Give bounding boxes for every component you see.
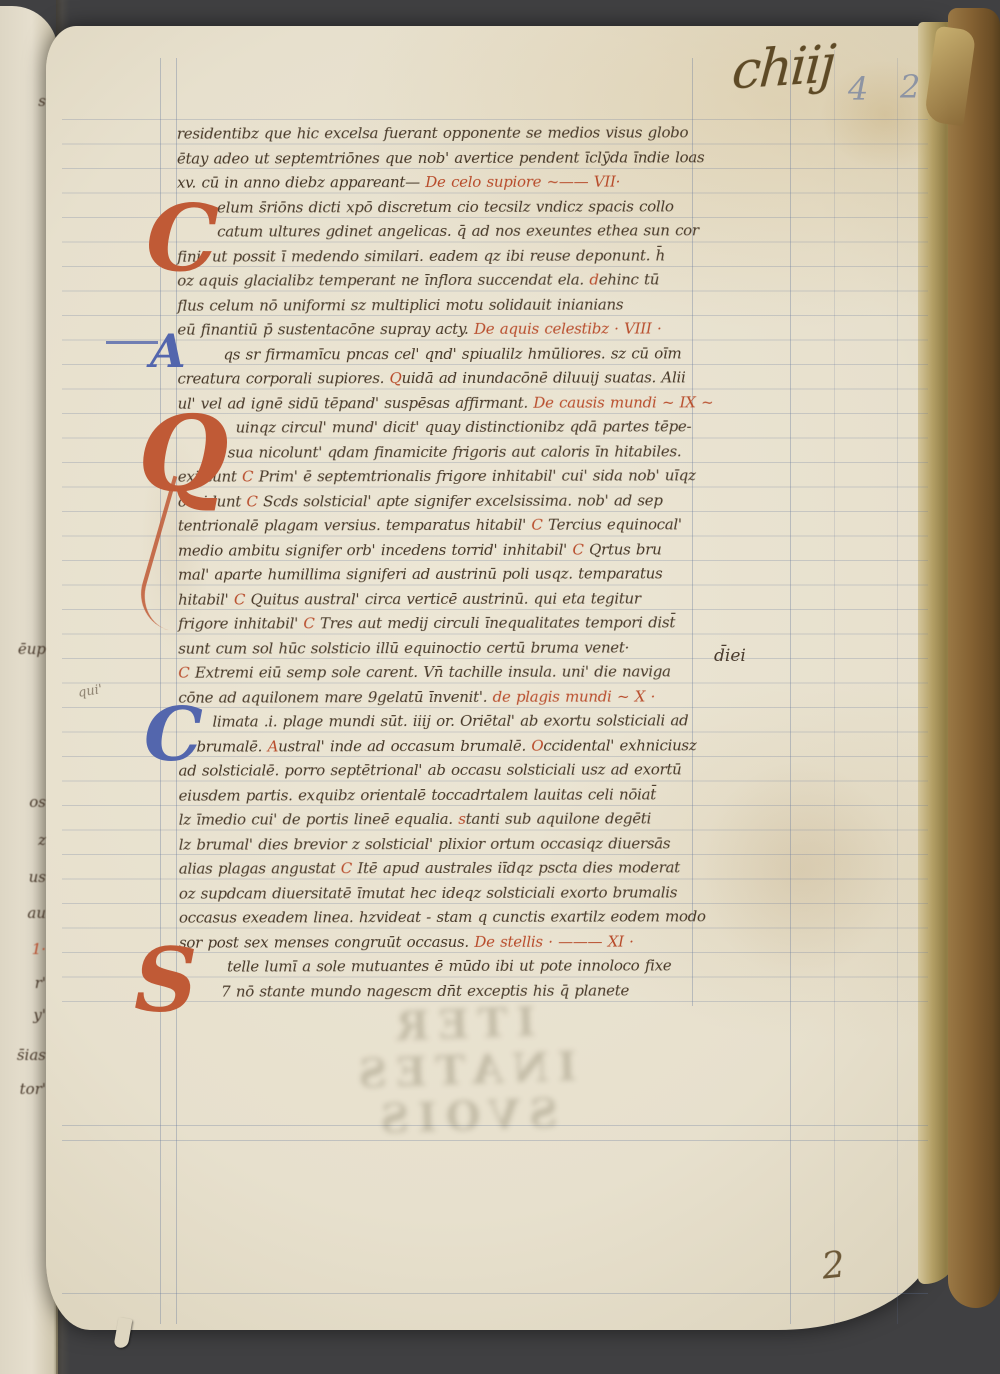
body-text: hitabil' [178, 590, 234, 608]
body-text: oz aquis glacialibz temperant ne īnflora… [177, 271, 589, 290]
body-text: ad solsticialē. porro septētrional' ab o… [179, 760, 682, 779]
text-line: oz aquis glacialibz temperant ne īnflora… [177, 267, 705, 293]
body-text: sor post sex menses congruūt occasus. [179, 932, 474, 951]
body-text: uinqz circul' mund' dicit' quay distinct… [236, 417, 692, 436]
text-line: qs sr firmamīcu pncas cel' qnd' spiualil… [177, 341, 705, 367]
body-text: cōne ad aquilonem mare 9gelatū īnvenit'. [178, 687, 492, 706]
initial-a-flourish [106, 341, 158, 344]
body-text: alias plagas angustat [179, 859, 341, 877]
edge-text-fragment: r' [2, 974, 46, 992]
body-text: tentrionalē plagam versius. temparatus h… [178, 516, 532, 535]
text-line: eū finantiū p̄ sustentacōne supray acty.… [177, 316, 705, 342]
text-line: ētay adeo ut septemtriōnes que nob' aver… [177, 145, 705, 171]
text-line: catum ultures gdinet angelicas. q̄ ad no… [177, 218, 705, 244]
text-line: medio ambitu signifer orb' incedens torr… [178, 537, 706, 563]
rubric-text: C [341, 859, 352, 877]
body-text: Tercius equinocal' [543, 515, 682, 533]
body-text: mal' aparte humillima signiferi ad austr… [178, 564, 662, 583]
text-line: telle lumī a sole mutuantes ē mūdo ibi u… [179, 953, 707, 979]
text-line: lz īmedio cui' de portis lineē equalia. … [179, 806, 707, 832]
text-line: sua nicolunt' qdam finamicite frigoris a… [178, 439, 706, 465]
edge-text-fragment: y' [2, 1006, 46, 1024]
edge-text-fragment: au [2, 904, 46, 922]
text-line: occasus exeadem linea. hzvideat - stam q… [179, 904, 707, 930]
edge-text-fragment: os [2, 793, 46, 811]
leather-cover-edge [948, 8, 1000, 1308]
text-line: xv. cū in anno diebz appareant— De celo … [177, 169, 705, 195]
body-text: ccidental' exhniciusz [543, 736, 696, 754]
text-line: frigore inhitabil' C Tres aut medij circ… [178, 610, 706, 636]
ruling-line [790, 50, 791, 1324]
manuscript-photo: chiij 4 2 residentibz que hic excelsa fu… [0, 0, 1000, 1374]
edge-text-fragment: s̄ias [2, 1046, 46, 1064]
text-line: flus celum nō uniformi sz multiplici mot… [177, 292, 705, 318]
rubric-text: de plagis mundi ~ X · [493, 687, 655, 705]
rubric-text: De stellis · ——— XI · [474, 932, 633, 950]
rubric-text: De causis mundi ~ IX ~ [533, 393, 713, 411]
bottom-ink-foliation: 2 [820, 1245, 847, 1288]
text-line: sor post sex menses congruūt occasus. De… [179, 929, 707, 955]
text-line: brumalē. Austral' inde ad occasum brumal… [178, 733, 706, 759]
body-text: occasus exeadem linea. hzvideat - stam q… [179, 907, 706, 926]
body-text: oz supdcam diuersitatē īmutat hec ideqz … [179, 883, 677, 902]
rubric-text: De aquis celestibz · VIII · [474, 319, 662, 337]
rubric-text: s [458, 810, 465, 828]
text-line: occidunt C Scds solsticial' apte signife… [178, 488, 706, 514]
body-text: 7 nō stante mundo nagescm dn̄t exceptis … [221, 981, 629, 1000]
pencil-foliation-left: 4 [848, 70, 868, 108]
text-block: residentibz que hic excelsa fuerant oppo… [177, 120, 707, 1003]
ruling-line [834, 50, 835, 1324]
body-text: residentibz que hic excelsa fuerant oppo… [177, 123, 688, 142]
rubric-text: C [242, 467, 253, 485]
text-line: oz supdcam diuersitatē īmutat hec ideqz … [179, 880, 707, 906]
rubric-text: O [531, 736, 543, 754]
text-line: uinqz circul' mund' dicit' quay distinct… [178, 414, 706, 440]
edge-text-fragment: ēup [2, 640, 46, 658]
pencil-foliation-right: 2 [900, 68, 920, 106]
body-text: ētay adeo ut septemtriōnes que nob' aver… [177, 148, 704, 167]
text-line: C Extremi eiū semp sole carent. Vn̄ tach… [178, 659, 706, 685]
rubric-text: C [303, 614, 314, 632]
edge-text-fragment: us [2, 868, 46, 886]
header-ink-inscription: chiij [730, 34, 836, 102]
right-margin-note: d̄iei [714, 646, 746, 666]
body-text: flus celum nō uniformi sz multiplici mot… [177, 295, 623, 314]
body-text: Qrtus bru [584, 540, 662, 558]
body-text: brumalē. [196, 737, 267, 755]
text-line: alias plagas angustat C Itē apud austral… [179, 855, 707, 881]
rubric-text: C [531, 516, 542, 534]
body-text: creatura corporali supiores. [177, 369, 389, 388]
body-text: lz īmedio cui' de portis lineē equalia. [179, 810, 459, 829]
ruling-line [62, 1293, 928, 1294]
ruling-line [62, 1125, 928, 1126]
edge-text-fragment: z [2, 831, 46, 849]
body-text: lz brumal' dies brevior z solsticial' pl… [179, 834, 671, 853]
text-line: hitabil' C Quitus austral' circa verticē… [178, 586, 706, 612]
body-text: eū finantiū p̄ sustentacōne supray acty. [177, 320, 474, 339]
rubric-text: C [234, 590, 245, 608]
edge-text-fragment: s [2, 92, 46, 110]
rubric-text: De celo supiore ~—— VII· [425, 173, 620, 192]
text-line: mal' aparte humillima signiferi ad austr… [178, 561, 706, 587]
ruling-line [160, 58, 161, 1324]
body-text: eiusdem partis. exquibz orientalē toccad… [179, 785, 656, 804]
text-line: ad solsticialē. porro septētrional' ab o… [179, 757, 707, 783]
body-text: Quitus austral' circa verticē austrinū. … [245, 589, 641, 608]
body-text: tanti sub aquilone degēti [466, 809, 651, 827]
body-text: qs sr firmamīcu pncas cel' qnd' spiualil… [223, 344, 681, 363]
body-text: sunt cum sol hūc solsticio illū equinoct… [178, 638, 629, 657]
body-text: ehinc tū [599, 270, 660, 288]
text-line: eiusdem partis. exquibz orientalē toccad… [179, 782, 707, 808]
ruling-line [62, 1140, 928, 1141]
text-line: tentrionalē plagam versius. temparatus h… [178, 512, 706, 538]
body-text: xv. cū in anno diebz appareant— [177, 173, 425, 192]
body-text: finit ut possit ī medendo similari. eade… [177, 246, 665, 265]
text-line: sunt cum sol hūc solsticio illū equinoct… [178, 635, 706, 661]
rubric-text: C [572, 540, 583, 558]
body-text: uidā ad inundacōnē diluuij suatas. Alii [402, 368, 686, 387]
body-text: Extremi eiū semp sole carent. Vn̄ tachil… [189, 662, 670, 681]
edge-text-fragment: 1· [2, 940, 46, 958]
body-text: ul' vel ad ignē sidū tēpand' suspēsas af… [178, 393, 534, 412]
body-text: Itē apud australes iīdqz pscta dies mod… [352, 858, 680, 877]
body-text: Scds solsticial' apte signifer excelsiss… [258, 491, 663, 510]
text-line: residentibz que hic excelsa fuerant oppo… [177, 120, 705, 146]
body-text: catum ultures gdinet angelicas. q̄ ad no… [217, 221, 699, 240]
body-text: telle lumī a sole mutuantes ē mūdo ibi u… [227, 956, 671, 975]
body-text: elum s̄riōns dicti xpō discretum cio tec… [217, 197, 674, 216]
body-text: frigore inhitabil' [178, 614, 303, 632]
text-line: limata .i. plage mundi sūt. iiij or. Ori… [178, 708, 706, 734]
text-line: ul' vel ad ignē sidū tēpand' suspēsas af… [178, 390, 706, 416]
text-line: creatura corporali supiores. Quidā ad in… [177, 365, 705, 391]
body-text: medio ambitu signifer orb' incedens torr… [178, 540, 572, 559]
ruling-line [897, 58, 898, 1324]
rubric-text: Q [390, 369, 402, 387]
rubric-text: C [246, 492, 257, 510]
text-line: lz brumal' dies brevior z solsticial' pl… [179, 831, 707, 857]
body-text: ustral' inde ad occasum brumalē. [278, 736, 531, 755]
text-line: existunt C Prim' ē septemtrionalis frigo… [178, 463, 706, 489]
edge-text-fragment: tor' [2, 1080, 46, 1098]
text-line: finit ut possit ī medendo similari. eade… [177, 243, 705, 269]
body-text: Tres aut medij circuli īnequalitates tem… [315, 613, 676, 632]
text-line: 7 nō stante mundo nagescm dn̄t exceptis … [179, 978, 707, 1004]
rubric-text: A [268, 737, 279, 755]
body-text: limata .i. plage mundi sūt. iiij or. Ori… [212, 711, 688, 730]
rubric-text: C [178, 664, 189, 682]
body-text: Prim' ē septemtrionalis frigore inhitabi… [253, 466, 695, 485]
text-line: elum s̄riōns dicti xpō discretum cio tec… [177, 194, 705, 220]
body-text: sua nicolunt' qdam finamicite frigoris a… [228, 442, 682, 461]
text-line: cōne ad aquilonem mare 9gelatū īnvenit'.… [178, 684, 706, 710]
